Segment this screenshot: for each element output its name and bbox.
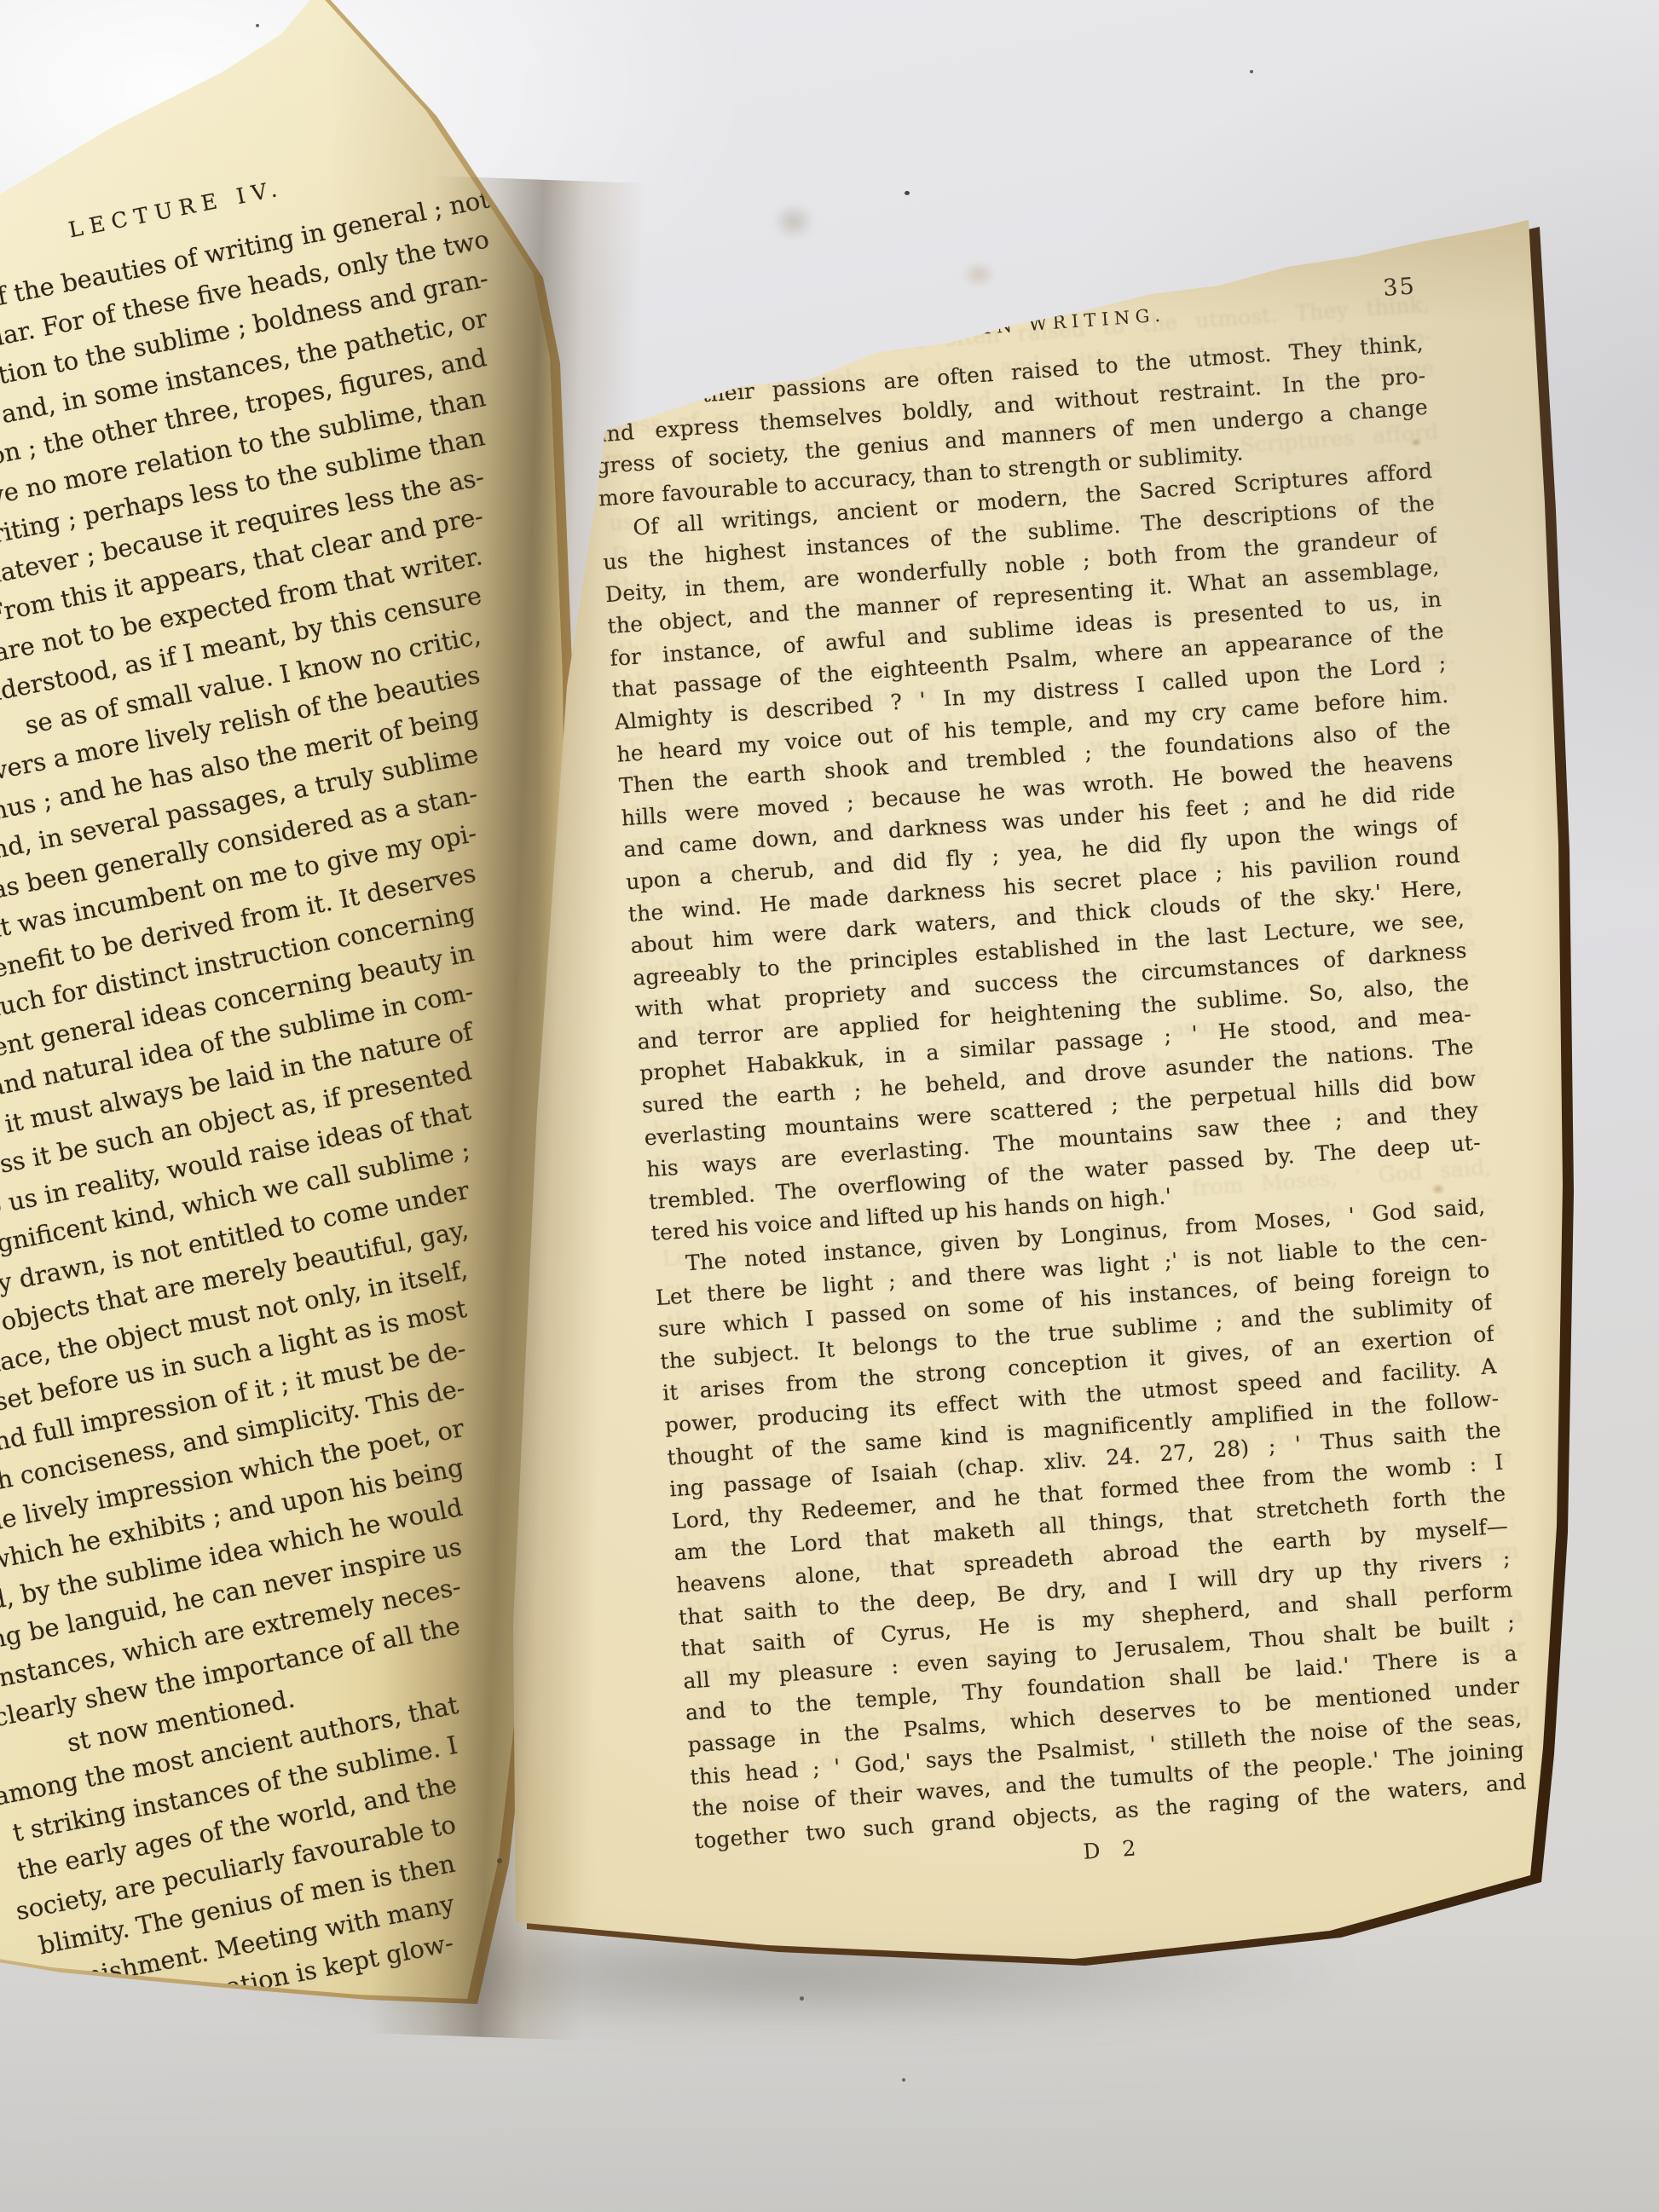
dust-speck bbox=[800, 1996, 804, 2001]
dust-speck bbox=[497, 1858, 502, 1863]
dust-speck bbox=[902, 2078, 905, 2082]
paper-stain bbox=[955, 256, 1003, 293]
left-page-text: LECTURE IV. ic, or of the beauties of wr… bbox=[0, 102, 503, 1960]
paper-stain bbox=[764, 196, 824, 247]
right-page: ng, and their passions are often raised … bbox=[477, 213, 1586, 2063]
right-page-body: ng, and their passions are often raised … bbox=[591, 327, 1528, 1857]
dust-speck bbox=[905, 191, 910, 195]
left-page: LECTURE IV. ic, or of the beauties of wr… bbox=[0, 0, 580, 2020]
page-number: 35 bbox=[1382, 273, 1416, 302]
dust-speck bbox=[1250, 70, 1253, 73]
dust-speck bbox=[256, 24, 259, 27]
right-page-text: SUBLIMITY IN WRITING. 35 ng, and their p… bbox=[587, 273, 1530, 1892]
foxing-spot bbox=[1429, 1181, 1448, 1197]
running-head: SUBLIMITY IN WRITING. bbox=[813, 304, 1166, 349]
book-photograph: LECTURE IV. ic, or of the beauties of wr… bbox=[0, 0, 1659, 2212]
left-page-lines: ic, or of the beauties of writing in gen… bbox=[0, 159, 501, 1960]
foxing-spot bbox=[1408, 436, 1424, 448]
